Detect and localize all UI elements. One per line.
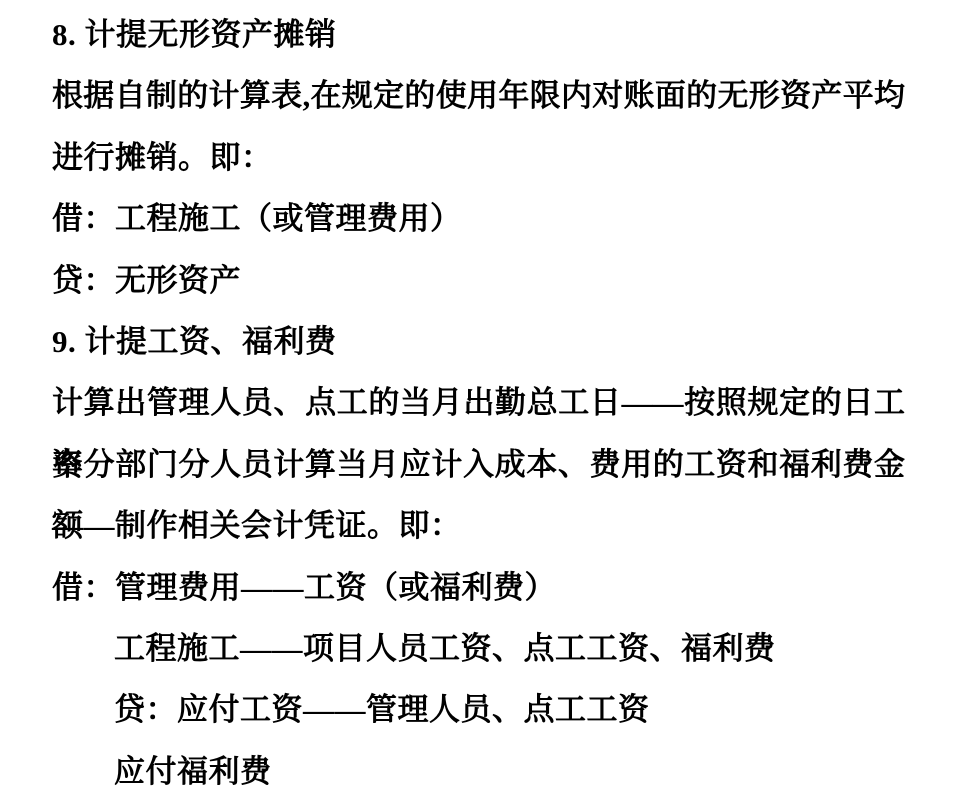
entry-credit-intangible-assets: 贷：无形资产 <box>52 250 905 311</box>
section-9-heading: 9. 计提工资、福利费 <box>52 311 905 372</box>
amortization-paragraph-line-2: 进行摊销。即： <box>52 127 905 188</box>
amortization-paragraph-line-1: 根据自制的计算表,在规定的使用年限内对账面的无形资产平均 <box>52 65 905 126</box>
payroll-paragraph-line-2: 率分部门分人员计算当月应计入成本、费用的工资和福利费金额 <box>52 434 905 495</box>
entry-debit-admin-expense-wages: 借：管理费用——工资（或福利费） <box>52 557 905 618</box>
document-page: 8. 计提无形资产摊销 根据自制的计算表,在规定的使用年限内对账面的无形资产平均… <box>0 0 958 803</box>
payroll-paragraph-line-1: 计算出管理人员、点工的当月出勤总工日——按照规定的日工资 <box>52 372 905 433</box>
entry-credit-payable-welfare: 应付福利费 <box>52 741 905 802</box>
payroll-paragraph-line-3: ——制作相关会计凭证。即： <box>52 495 905 556</box>
entry-debit-construction-wages: 工程施工——项目人员工资、点工工资、福利费 <box>52 618 905 679</box>
section-8-heading: 8. 计提无形资产摊销 <box>52 4 905 65</box>
entry-credit-payable-wages: 贷：应付工资——管理人员、点工工资 <box>52 679 905 740</box>
entry-debit-construction-or-admin: 借：工程施工（或管理费用） <box>52 188 905 249</box>
